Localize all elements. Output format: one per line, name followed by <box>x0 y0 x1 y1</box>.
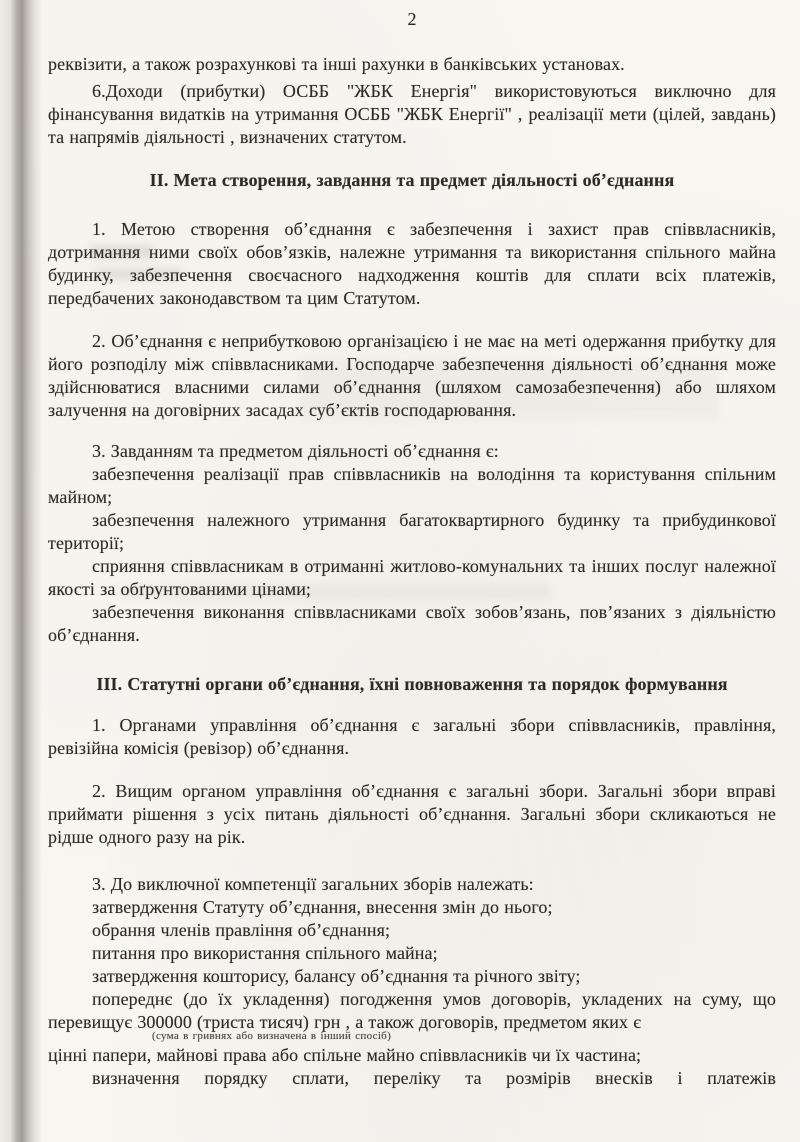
para-3-3-competence-intro: 3. До виключної компетенції загальних зб… <box>48 873 776 896</box>
para-3-1-governing-bodies: 1. Органами управління об’єднання є зага… <box>48 714 776 760</box>
para-bank-accounts: реквізити, а також розрахункові та інші … <box>48 53 776 76</box>
heading-section-2: II. Мета створення, завдання та предмет … <box>48 169 776 192</box>
list-item-contracts-approval: попереднє (до їх укладення) погодження у… <box>48 988 776 1034</box>
list-item-task-obligations: забезпечення виконання співвласниками св… <box>48 601 776 647</box>
para-2-2-nonprofit: 2. Об’єднання є неприбутковою організаці… <box>48 330 776 422</box>
list-item-task-ownership: забезпечення реалізації прав співвласник… <box>48 463 776 509</box>
page-number: 2 <box>48 8 776 31</box>
para-3-2-general-meeting: 2. Вищим органом управління об’єднання є… <box>48 780 776 849</box>
list-item-approve-budget: затвердження кошторису, балансу об’єднан… <box>48 965 776 988</box>
list-item-payments-determination: визначення порядку сплати, переліку та р… <box>48 1067 776 1090</box>
list-item-securities-property: цінні папери, майнові права або спільне … <box>48 1044 776 1067</box>
heading-section-3: III. Статутні органи об’єднання, їхні по… <box>48 673 776 696</box>
para-2-3-tasks-intro: 3. Завданням та предметом діяльності об’… <box>48 440 776 463</box>
para-2-1-purpose: 1. Метою створення об’єднання є забезпеч… <box>48 218 776 310</box>
list-item-common-property: питання про використання спільного майна… <box>48 942 776 965</box>
list-item-approve-statute: затвердження Статуту об’єднання, внесенн… <box>48 896 776 919</box>
list-item-task-services: сприяння співвласникам в отриманні житло… <box>48 555 776 601</box>
document-page: 2 реквізити, а також розрахункові та інш… <box>0 0 800 1090</box>
para-income-usage: 6.Доходи (прибутки) ОСББ "ЖБК Енергія" в… <box>48 80 776 149</box>
list-item-task-maintenance: забезпечення належного утримання багаток… <box>48 509 776 555</box>
list-item-elect-board: обрання членів правління об’єднання; <box>48 919 776 942</box>
